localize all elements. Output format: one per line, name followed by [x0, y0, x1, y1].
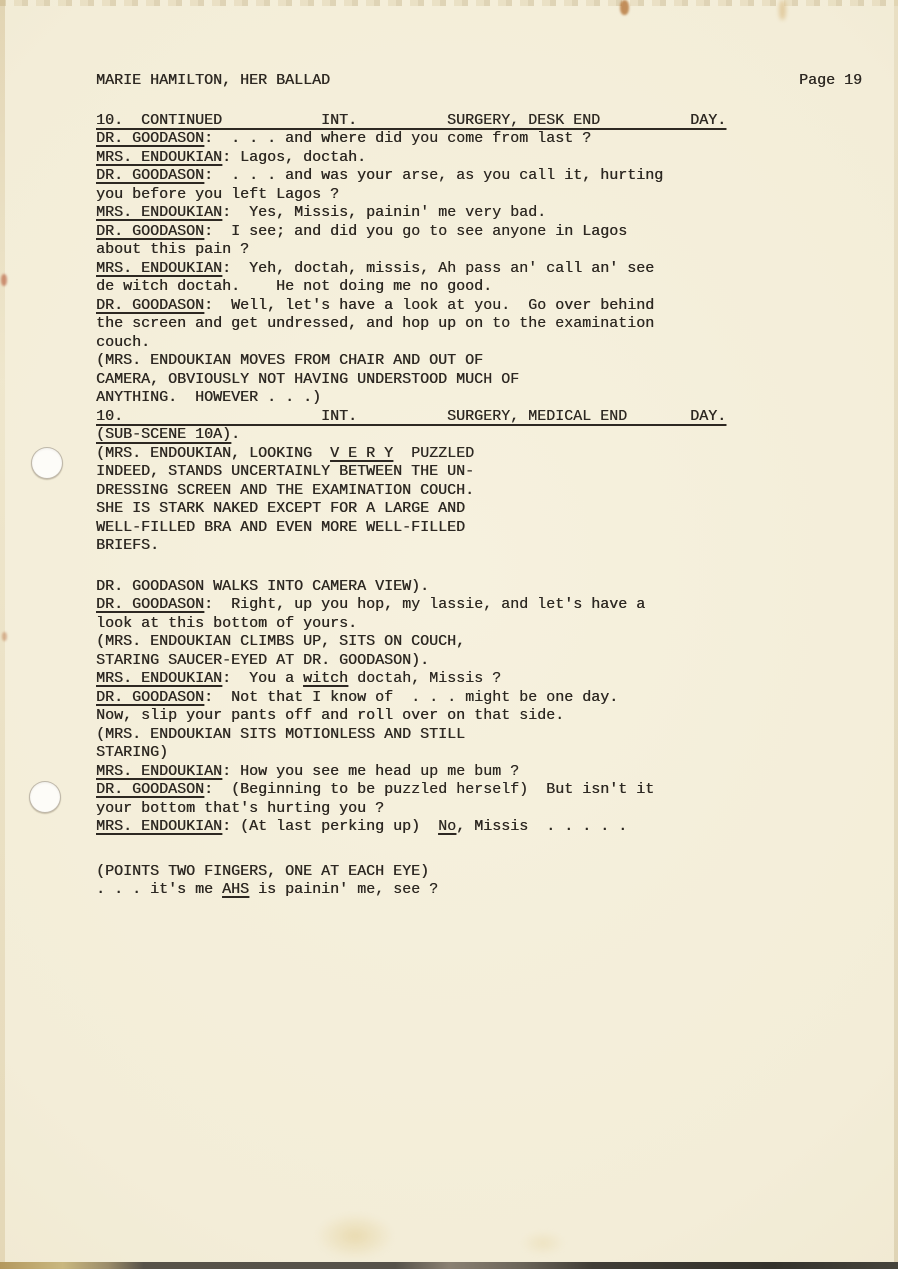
stage-direction-text: (MRS. ENDOUKIAN, LOOKING [96, 445, 330, 462]
dialogue-block: DR. GOODASON: Well, let's have a look at… [96, 297, 688, 353]
sub-scene-period: . [231, 426, 240, 443]
dialogue-block: DR. GOODASON: (Beginning to be puzzled h… [96, 781, 688, 818]
speaker-name: MRS. ENDOUKIAN [96, 149, 222, 166]
stage-direction-text: (MRS. ENDOUKIAN MOVES FROM CHAIR AND OUT… [96, 352, 519, 406]
stage-direction-text: (MRS. ENDOUKIAN CLIMBS UP, SITS ON COUCH… [96, 633, 465, 669]
speaker-name: DR. GOODASON [96, 297, 204, 314]
sub-scene-line: (SUB-SCENE 10A). [96, 426, 898, 445]
dialogue-block: MRS. ENDOUKIAN: Lagos, doctah. [96, 149, 688, 168]
speaker-name: DR. GOODASON [96, 781, 204, 798]
script-title: MARIE HAMILTON, HER BALLAD [96, 72, 330, 91]
dialogue-block: DR. GOODASON: Right, up you hop, my lass… [96, 596, 688, 633]
scene-heading-text: 10. INT. SURGERY, MEDICAL END DAY. [96, 408, 726, 425]
stage-direction: DR. GOODASON WALKS INTO CAMERA VIEW). [96, 578, 546, 597]
dialogue-text: : How you see me head up me bum ? [222, 763, 519, 780]
emphasized-word: No [438, 818, 456, 835]
dialogue-text: is painin' me, see ? [249, 881, 438, 898]
speaker-name: MRS. ENDOUKIAN [96, 260, 222, 277]
speaker-name: DR. GOODASON [96, 130, 204, 147]
stage-direction: (MRS. ENDOUKIAN MOVES FROM CHAIR AND OUT… [96, 352, 546, 408]
stage-direction-text: (MRS. ENDOUKIAN SITS MOTIONLESS AND STIL… [96, 726, 465, 762]
scene-heading-text: 10. CONTINUED INT. SURGERY, DESK END DAY… [96, 112, 726, 129]
script-content: MARIE HAMILTON, HER BALLAD Page 19 10. C… [0, 0, 898, 1269]
stage-direction: (POINTS TWO FINGERS, ONE AT EACH EYE) [96, 863, 546, 882]
dialogue-text: : (At last perking up) [222, 818, 438, 835]
dialogue-text: : . . . and where did you come from last… [204, 130, 591, 147]
speaker-name: DR. GOODASON [96, 167, 204, 184]
emphasized-word: witch [303, 670, 348, 687]
speaker-name: MRS. ENDOUKIAN [96, 818, 222, 835]
dialogue-text: . . . it's me [96, 881, 222, 898]
speaker-name: DR. GOODASON [96, 223, 204, 240]
stage-direction-text: DR. GOODASON WALKS INTO CAMERA VIEW). [96, 578, 429, 595]
dialogue-text: , Missis . . . . . [456, 818, 627, 835]
dialogue-block: MRS. ENDOUKIAN: You a witch doctah, Miss… [96, 670, 688, 689]
dialogue-block: DR. GOODASON: I see; and did you go to s… [96, 223, 688, 260]
dialogue-block: MRS. ENDOUKIAN: Yeh, doctah, missis, Ah … [96, 260, 688, 297]
stage-direction: (MRS. ENDOUKIAN SITS MOTIONLESS AND STIL… [96, 726, 546, 763]
page-number: Page 19 [799, 72, 862, 91]
dialogue-text: : Yes, Missis, painin' me very bad. [222, 204, 546, 221]
speaker-name: MRS. ENDOUKIAN [96, 670, 222, 687]
speaker-name: DR. GOODASON [96, 596, 204, 613]
scene-heading-10-continued: 10. CONTINUED INT. SURGERY, DESK END DAY… [96, 112, 898, 131]
dialogue-block: DR. GOODASON: . . . and where did you co… [96, 130, 688, 149]
sub-scene-label: (SUB-SCENE 10A) [96, 426, 231, 443]
dialogue-block: MRS. ENDOUKIAN: (At last perking up) No,… [96, 818, 688, 837]
dialogue-block: MRS. ENDOUKIAN: How you see me head up m… [96, 763, 688, 782]
scene-heading-10-subscene: 10. INT. SURGERY, MEDICAL END DAY. [96, 408, 898, 427]
emphasized-word: AHS [222, 881, 249, 898]
script-page-scan: MARIE HAMILTON, HER BALLAD Page 19 10. C… [0, 0, 898, 1269]
dialogue-block: DR. GOODASON: Not that I know of . . . m… [96, 689, 688, 726]
dialogue-text: doctah, Missis ? [348, 670, 501, 687]
stage-direction-text: (POINTS TWO FINGERS, ONE AT EACH EYE) [96, 863, 429, 880]
stage-direction: (MRS. ENDOUKIAN CLIMBS UP, SITS ON COUCH… [96, 633, 546, 670]
page-header: MARIE HAMILTON, HER BALLAD Page 19 [96, 72, 898, 91]
emphasized-word: V E R Y [330, 445, 393, 462]
dialogue-text: : Lagos, doctah. [222, 149, 366, 166]
dialogue-text: : You a [222, 670, 303, 687]
speaker-name: MRS. ENDOUKIAN [96, 763, 222, 780]
stage-direction: (MRS. ENDOUKIAN, LOOKING V E R Y PUZZLED… [96, 445, 546, 556]
dialogue-block: MRS. ENDOUKIAN: Yes, Missis, painin' me … [96, 204, 688, 223]
speaker-name: MRS. ENDOUKIAN [96, 204, 222, 221]
dialogue-block: DR. GOODASON: . . . and was your arse, a… [96, 167, 688, 204]
speaker-name: DR. GOODASON [96, 689, 204, 706]
dialogue-continuation: . . . it's me AHS is painin' me, see ? [96, 881, 546, 900]
